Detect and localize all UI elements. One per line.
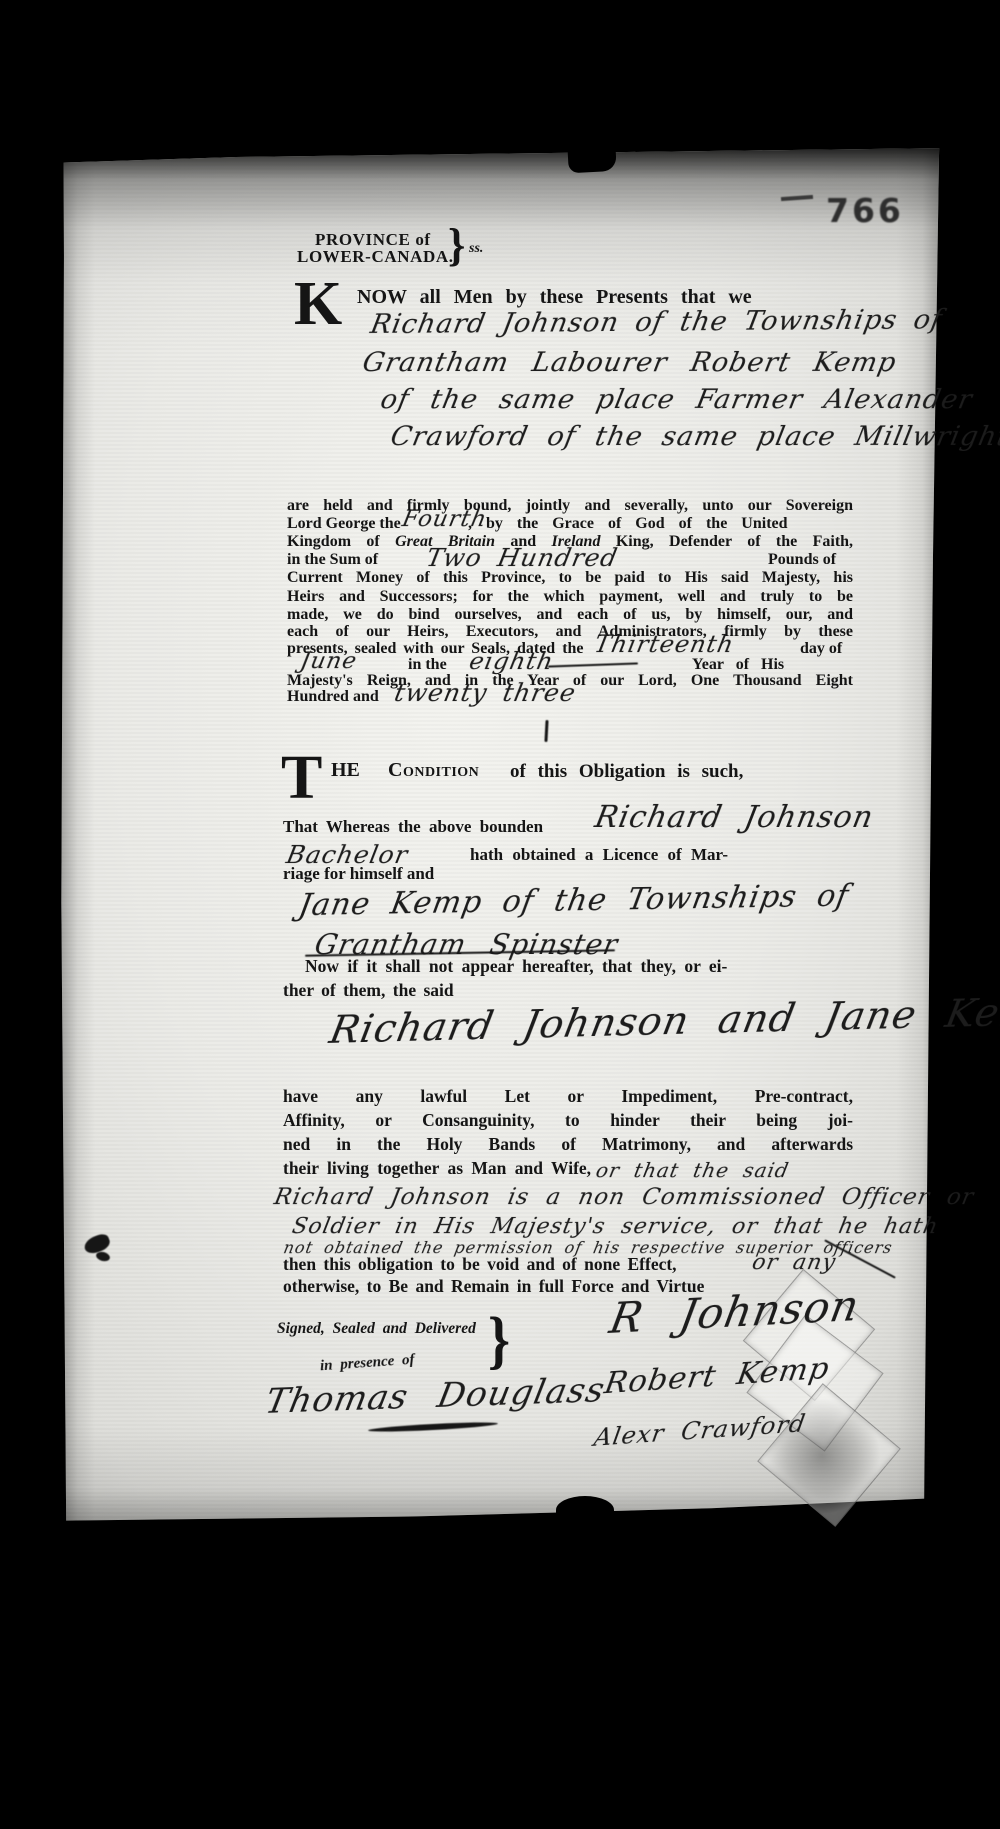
handwritten-principals-2: Grantham Labourer Robert Kemp xyxy=(360,347,899,378)
dropcap-k: K xyxy=(294,278,342,331)
handwritten-principals-3: of the same place Farmer Alexander xyxy=(378,384,975,415)
bond-line-12-pre: Hundred and xyxy=(287,688,379,706)
bond-line-4-pre: in the Sum of xyxy=(287,551,378,569)
jurat-ss: ss. xyxy=(469,241,483,257)
handwritten-month: June xyxy=(298,648,360,674)
bond-line-8: each of our Heirs, Executors, and Admini… xyxy=(287,623,853,641)
handwritten-sum: Two Hundred xyxy=(424,543,621,572)
bond-line-6: Heirs and Successors; for the which paym… xyxy=(287,588,853,606)
handwritten-proviso-intro: or that the said xyxy=(594,1158,791,1182)
condition-line-2: hath obtained a Licence of Mar- xyxy=(470,845,728,864)
handwritten-proviso-1: Richard Johnson is a non Commissioned Of… xyxy=(272,1184,976,1210)
condition-line-10: then this obligation to be void and of n… xyxy=(283,1255,677,1275)
condition-line-8: ned in the Holy Bands of Matrimony, and … xyxy=(283,1135,853,1155)
attestation-line-1: Signed, Sealed and Delivered xyxy=(277,1320,476,1337)
header-brace: } xyxy=(448,220,465,272)
handwritten-effect-addition: or any xyxy=(750,1250,838,1275)
bond-line-3-pre: Kingdom of xyxy=(287,533,380,550)
handwritten-proviso-2: Soldier in His Majesty's service, or tha… xyxy=(290,1214,941,1239)
bond-line-4-post: Pounds of xyxy=(768,551,836,569)
scanned-document-page: 766 PROVINCE of LOWER-CANADA. } ss. K NO… xyxy=(0,0,1000,1829)
bond-line-9-post: day of xyxy=(800,640,842,658)
condition-line-4: Now if it shall not appear hereafter, th… xyxy=(305,957,727,977)
bond-line-2-pre: Lord George the xyxy=(287,515,401,533)
bond-line-5: Current Money of this Province, to be pa… xyxy=(287,569,853,587)
dropcap-t: T xyxy=(281,752,322,805)
condition-head-pre: HE xyxy=(331,759,360,781)
opening-line: NOW all Men by these Presents that we xyxy=(357,286,752,308)
condition-line-6: have any lawful Let or Impediment, Pre-c… xyxy=(283,1087,853,1107)
handwritten-regnal-year: eighth xyxy=(467,647,556,675)
attestation-brace: } xyxy=(488,1305,510,1377)
condition-head-smallcaps: Condition xyxy=(388,759,479,781)
bond-line-2-post: , by the Grace of God of the United xyxy=(468,515,788,533)
bond-line-7: made, we do bind ourselves, and each of … xyxy=(287,606,853,624)
condition-line-9: their living together as Man and Wife, xyxy=(283,1159,591,1179)
handwritten-groom-name: Richard Johnson xyxy=(592,800,877,835)
condition-line-7: Affinity, or Consanguinity, to hinder th… xyxy=(283,1111,853,1131)
handwritten-year: twenty three xyxy=(392,678,579,707)
paper-edge-notch xyxy=(567,141,617,173)
handwritten-day: Thirteenth xyxy=(592,630,737,658)
handwritten-principals-4: Crawford of the same place Millwright xyxy=(388,421,1000,452)
condition-line-3: riage for himself and xyxy=(283,864,434,883)
condition-line-1: That Whereas the above bounden xyxy=(283,817,543,836)
handwritten-principals-1: Richard Johnson of the Townships of xyxy=(368,304,945,340)
page-number-stamp: 766 xyxy=(826,193,904,230)
condition-line-5: ther of them, the said xyxy=(283,981,454,1001)
paper-edge-bump xyxy=(556,1496,614,1524)
bond-line-3-post: King, Defender of the Faith, xyxy=(616,533,853,550)
bond-line-1: are held and firmly bound, jointly and s… xyxy=(287,497,853,515)
province-heading-line2: LOWER-CANADA. xyxy=(297,247,454,266)
condition-head-post: of this Obligation is such, xyxy=(510,761,743,782)
